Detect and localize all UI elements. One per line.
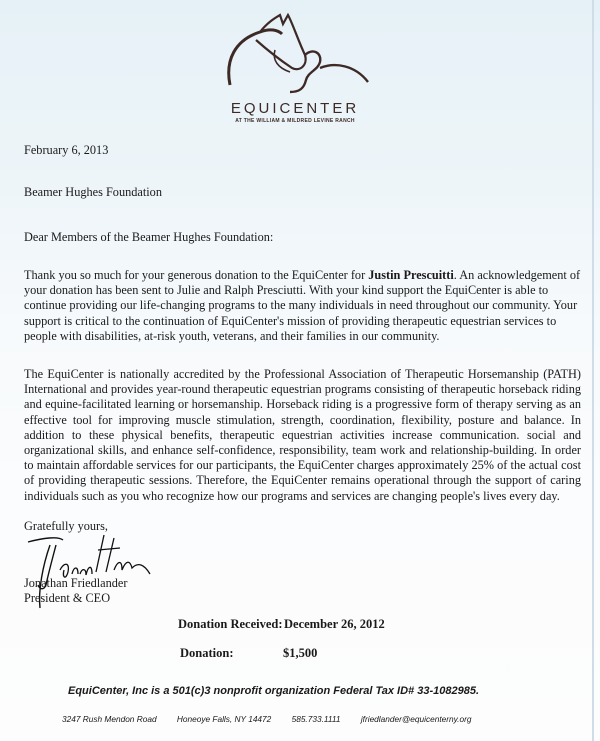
footer-phone: 585.733.1111	[292, 714, 341, 724]
footer-address: 3247 Rush Mendon Road	[62, 714, 157, 724]
paragraph-text: Thank you so much for your generous dona…	[24, 268, 368, 282]
donation-amount: $1,500	[283, 646, 317, 661]
paragraph-accreditation: The EquiCenter is nationally accredited …	[24, 367, 581, 504]
signer-name: Jonathan Friedlander	[24, 576, 127, 591]
equicenter-logo: EQUICENTER AT THE WILLIAM & MILDRED LEVI…	[205, 10, 385, 120]
logo-name: EQUICENTER	[205, 100, 385, 117]
honoree-name: Justin Prescuitti	[368, 268, 454, 282]
logo-subtitle: AT THE WILLIAM & MILDRED LEVINE RANCH	[205, 118, 385, 124]
donation-received-date: December 26, 2012	[284, 617, 385, 632]
footer-email[interactable]: jfriedlander@equicenterny.org	[361, 714, 472, 724]
nonprofit-statement: EquiCenter, Inc is a 501(c)3 nonprofit o…	[68, 685, 479, 697]
letter-date: February 6, 2013	[24, 143, 108, 158]
paragraph-thank-you: Thank you so much for your generous dona…	[24, 268, 581, 344]
donation-amount-label: Donation:	[180, 646, 233, 661]
recipient-name: Beamer Hughes Foundation	[24, 185, 162, 200]
signer-title: President & CEO	[24, 591, 110, 606]
donation-received-label: Donation Received:	[178, 617, 283, 632]
horse-and-rider-icon	[220, 10, 370, 95]
footer-city: Honeoye Falls, NY 14472	[177, 714, 271, 724]
page-edge	[592, 0, 594, 741]
contact-footer: 3247 Rush Mendon Road Honeoye Falls, NY …	[62, 714, 489, 724]
salutation: Dear Members of the Beamer Hughes Founda…	[24, 230, 273, 245]
